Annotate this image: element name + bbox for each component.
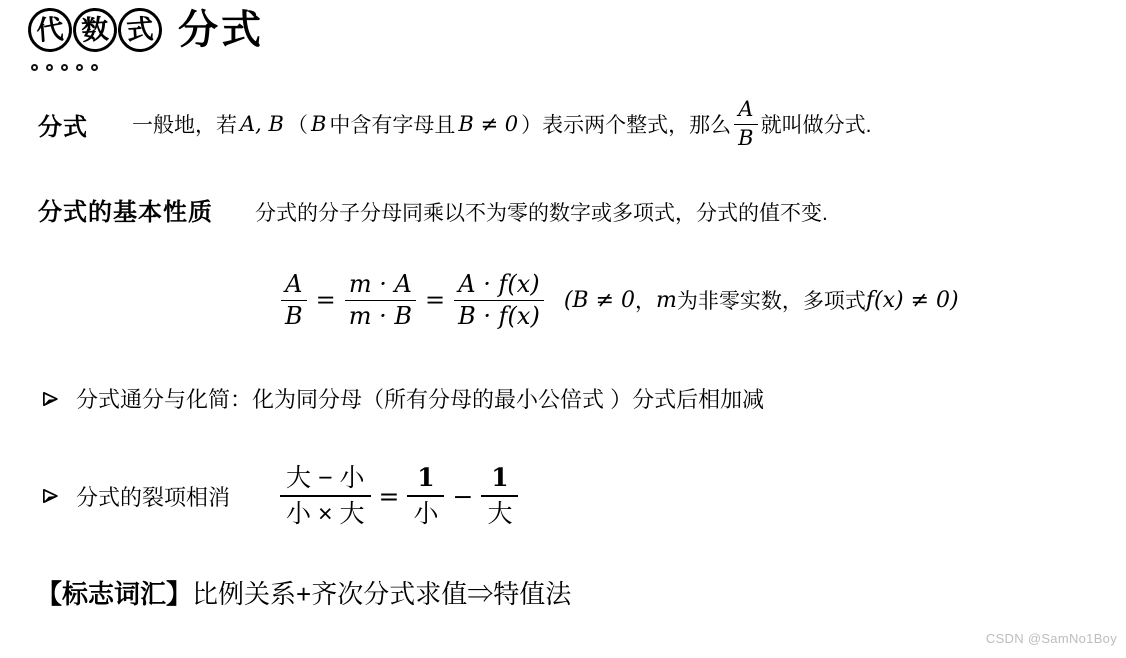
fraction-denominator: B · f(x) xyxy=(454,300,544,332)
fraction-numerator: A · f(x) xyxy=(454,269,544,300)
dot-icon xyxy=(46,64,53,71)
fraction-denominator: B xyxy=(734,124,757,152)
fraction-a-over-b: A B xyxy=(734,96,757,151)
condition-text: ， xyxy=(635,285,656,315)
dot-icon xyxy=(61,64,68,71)
page-title: 分式 xyxy=(178,10,264,50)
fraction: 1 大 xyxy=(481,461,518,531)
keyword-text: 比例关系+齐次分式求值⇒特值法 xyxy=(192,574,571,611)
bullet-item-telescoping: 分式的裂项相消 大 − 小 小 × 大 = 1 小 − 1 大 xyxy=(42,452,518,540)
equals-sign: = xyxy=(379,482,400,511)
property-text: 分式的分子分母同乘以不为零的数字或多项式，分式的值不变. xyxy=(255,197,828,227)
fraction: A B xyxy=(281,269,307,332)
logo-circle-char: 式 xyxy=(117,7,164,54)
logo-circle-char: 数 xyxy=(72,7,119,54)
arrow-bullet-icon xyxy=(42,488,59,504)
fraction-numerator: A xyxy=(734,96,757,123)
definition-text: ）表示两个整式，那么 xyxy=(521,109,731,139)
fraction-denominator: 大 xyxy=(481,495,518,531)
fraction-numerator: 1 xyxy=(407,461,444,495)
math-run: B ≠ 0 xyxy=(572,288,635,313)
equals-sign: = xyxy=(316,286,336,314)
logo-circle-char: 代 xyxy=(27,7,74,54)
decorative-dots xyxy=(31,64,98,71)
definition-line: 分式 一般地，若 A, B （ B 中含有字母且 B ≠ 0 ）表示两个整式，那… xyxy=(38,96,871,152)
fraction-denominator: m · B xyxy=(345,300,416,332)
math-run: B xyxy=(311,112,326,136)
definition-heading: 分式 xyxy=(38,107,88,142)
fraction: A · f(x) B · f(x) xyxy=(454,269,544,332)
property-heading: 分式的基本性质 xyxy=(38,192,213,227)
math-run: A, B xyxy=(240,112,284,136)
arrow-bullet-icon xyxy=(42,391,59,407)
formula-condition: ( B ≠ 0 ， m 为非零实数，多项式 f(x) ≠ 0 ) xyxy=(564,285,959,315)
math-run: m xyxy=(656,288,677,313)
header: 代 数 式 分式 xyxy=(28,8,264,52)
telescoping-formula: 大 − 小 小 × 大 = 1 小 − 1 大 xyxy=(280,461,518,531)
series-logo: 代 数 式 xyxy=(28,8,162,52)
fraction-numerator: A xyxy=(281,269,307,300)
fraction-denominator: B xyxy=(281,300,307,332)
keyword-label: 【标志词汇】 xyxy=(36,574,192,611)
property-line: 分式的基本性质 分式的分子分母同乘以不为零的数字或多项式，分式的值不变. xyxy=(38,192,828,227)
fraction: 大 − 小 小 × 大 xyxy=(280,461,371,531)
fraction-denominator: 小 × 大 xyxy=(280,495,371,531)
fraction: 1 小 xyxy=(407,461,444,531)
definition-text: 就叫做分式. xyxy=(761,109,872,139)
dot-icon xyxy=(76,64,83,71)
document-page: 代 数 式 分式 分式 一般地，若 A, B （ B 中含有字母且 B ≠ 0 … xyxy=(0,0,1126,658)
math-run: B ≠ 0 xyxy=(458,112,518,136)
dot-icon xyxy=(31,64,38,71)
definition-text: 中含有字母且 xyxy=(329,109,455,139)
definition-text: 一般地，若 xyxy=(132,109,237,139)
math-run: f(x) ≠ 0 xyxy=(866,288,950,313)
minus-sign: − xyxy=(452,482,473,511)
fraction-numerator: 大 − 小 xyxy=(280,461,371,495)
fraction-denominator: 小 xyxy=(407,495,444,531)
fraction-numerator: m · A xyxy=(345,269,416,300)
condition-text: 为非零实数，多项式 xyxy=(677,285,866,315)
keyword-line: 【标志词汇】 比例关系+齐次分式求值⇒特值法 xyxy=(36,574,571,611)
bullet-text: 分式通分与化简：化为同分母（所有分母的最小公倍式 ）分式后相加减 xyxy=(76,383,764,414)
definition-text: （ xyxy=(287,109,308,139)
fraction: m · A m · B xyxy=(345,269,416,332)
csdn-watermark: CSDN @SamNo1Boy xyxy=(986,631,1117,646)
bullet-item-common-denominator: 分式通分与化简：化为同分母（所有分母的最小公倍式 ）分式后相加减 xyxy=(42,383,764,414)
fraction-numerator: 1 xyxy=(481,461,518,495)
dot-icon xyxy=(91,64,98,71)
main-formula: A B = m · A m · B = A · f(x) B · f(x) ( … xyxy=(281,258,959,342)
bullet-text: 分式的裂项相消 xyxy=(76,481,230,512)
equals-sign: = xyxy=(425,286,445,314)
math-run: ) xyxy=(950,288,959,313)
